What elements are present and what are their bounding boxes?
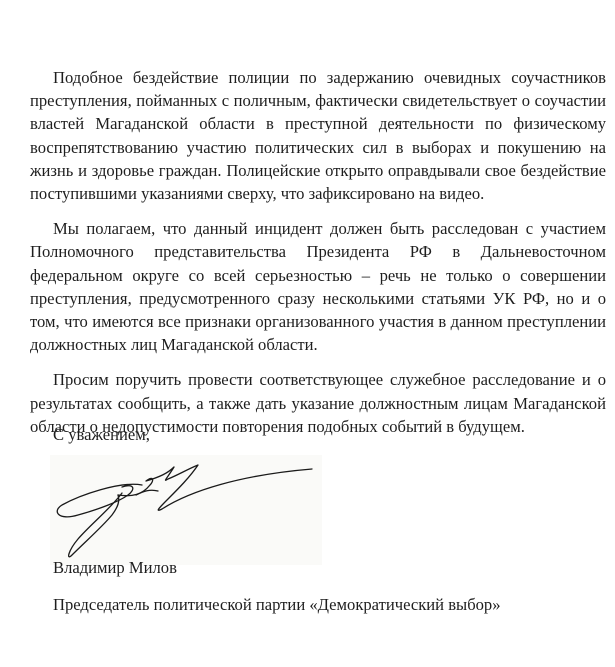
signature-image: [50, 455, 322, 565]
paragraph-1: Подобное бездействие полиции по задержан…: [30, 66, 606, 205]
signer-title: Председатель политической партии «Демокр…: [53, 594, 501, 616]
signature-icon: [50, 455, 322, 565]
paragraph-2: Мы полагаем, что данный инцидент должен …: [30, 217, 606, 356]
letter-page: Подобное бездействие полиции по задержан…: [0, 0, 615, 667]
letter-body: Подобное бездействие полиции по задержан…: [30, 66, 606, 450]
signer-name: Владимир Милов: [53, 557, 177, 579]
closing-salutation: С уважением,: [53, 424, 150, 446]
